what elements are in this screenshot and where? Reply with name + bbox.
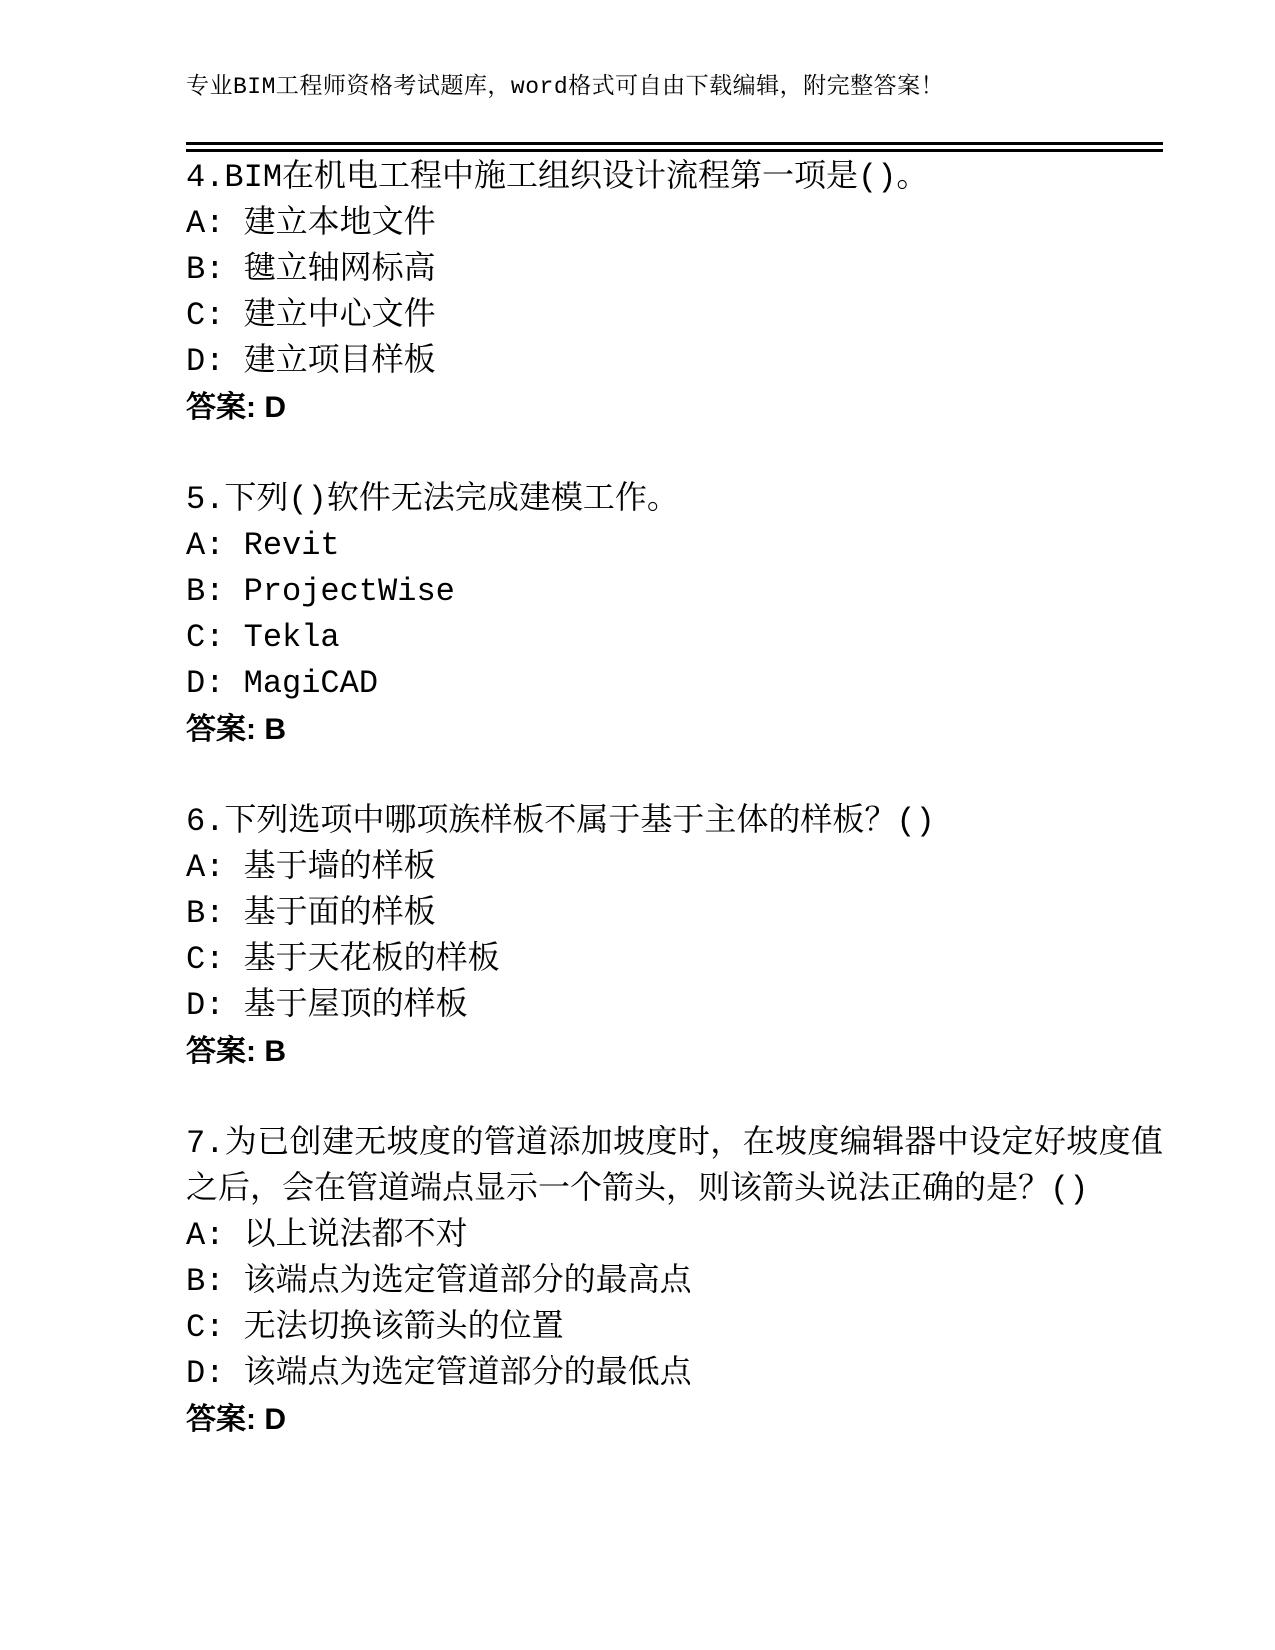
option-line: D: 建立项目样板 xyxy=(186,339,1163,385)
question-block: 4.BIM在机电工程中施工组织设计流程第一项是()。 A: 建立本地文件B: 毽… xyxy=(186,155,1163,431)
answer-line: 答案: B xyxy=(186,1029,1163,1075)
option-line: D: 该端点为选定管道部分的最低点 xyxy=(186,1351,1163,1397)
option-line: A: 建立本地文件 xyxy=(186,201,1163,247)
option-line: C: Tekla xyxy=(186,615,1163,661)
option-line: D: 基于屋顶的样板 xyxy=(186,983,1163,1029)
question-text: 4.BIM在机电工程中施工组织设计流程第一项是()。 xyxy=(186,155,1163,201)
header-title: 专业BIM工程师资格考试题库，word格式可自由下载编辑，附完整答案！ xyxy=(186,0,1163,102)
option-line: D: MagiCAD xyxy=(186,661,1163,707)
question-block: 5.下列()软件无法完成建模工作。 A: RevitB: ProjectWise… xyxy=(186,477,1163,753)
option-line: C: 建立中心文件 xyxy=(186,293,1163,339)
questions-list: 4.BIM在机电工程中施工组织设计流程第一项是()。 A: 建立本地文件B: 毽… xyxy=(186,155,1163,1443)
answer-line: 答案: D xyxy=(186,1397,1163,1443)
question-text: 7.为已创建无坡度的管道添加坡度时，在坡度编辑器中设定好坡度值之后，会在管道端点… xyxy=(186,1121,1163,1213)
option-line: C: 无法切换该箭头的位置 xyxy=(186,1305,1163,1351)
option-line: B: ProjectWise xyxy=(186,569,1163,615)
answer-line: 答案: B xyxy=(186,707,1163,753)
question-block: 6.下列选项中哪项族样板不属于基于主体的样板？() A: 基于墙的样板B: 基于… xyxy=(186,799,1163,1075)
document-page: 专业BIM工程师资格考试题库，word格式可自由下载编辑，附完整答案！ 4.BI… xyxy=(0,0,1275,1650)
question-text: 5.下列()软件无法完成建模工作。 xyxy=(186,477,1163,523)
option-line: B: 该端点为选定管道部分的最高点 xyxy=(186,1259,1163,1305)
question-block: 7.为已创建无坡度的管道添加坡度时，在坡度编辑器中设定好坡度值之后，会在管道端点… xyxy=(186,1121,1163,1443)
question-text: 6.下列选项中哪项族样板不属于基于主体的样板？() xyxy=(186,799,1163,845)
option-line: A: Revit xyxy=(186,523,1163,569)
option-line: B: 毽立轴网标高 xyxy=(186,247,1163,293)
option-line: A: 以上说法都不对 xyxy=(186,1213,1163,1259)
option-line: C: 基于天花板的样板 xyxy=(186,937,1163,983)
answer-line: 答案: D xyxy=(186,385,1163,431)
page-header: 专业BIM工程师资格考试题库，word格式可自由下载编辑，附完整答案！ xyxy=(186,0,1163,152)
option-line: B: 基于面的样板 xyxy=(186,891,1163,937)
header-divider xyxy=(186,142,1163,152)
option-line: A: 基于墙的样板 xyxy=(186,845,1163,891)
